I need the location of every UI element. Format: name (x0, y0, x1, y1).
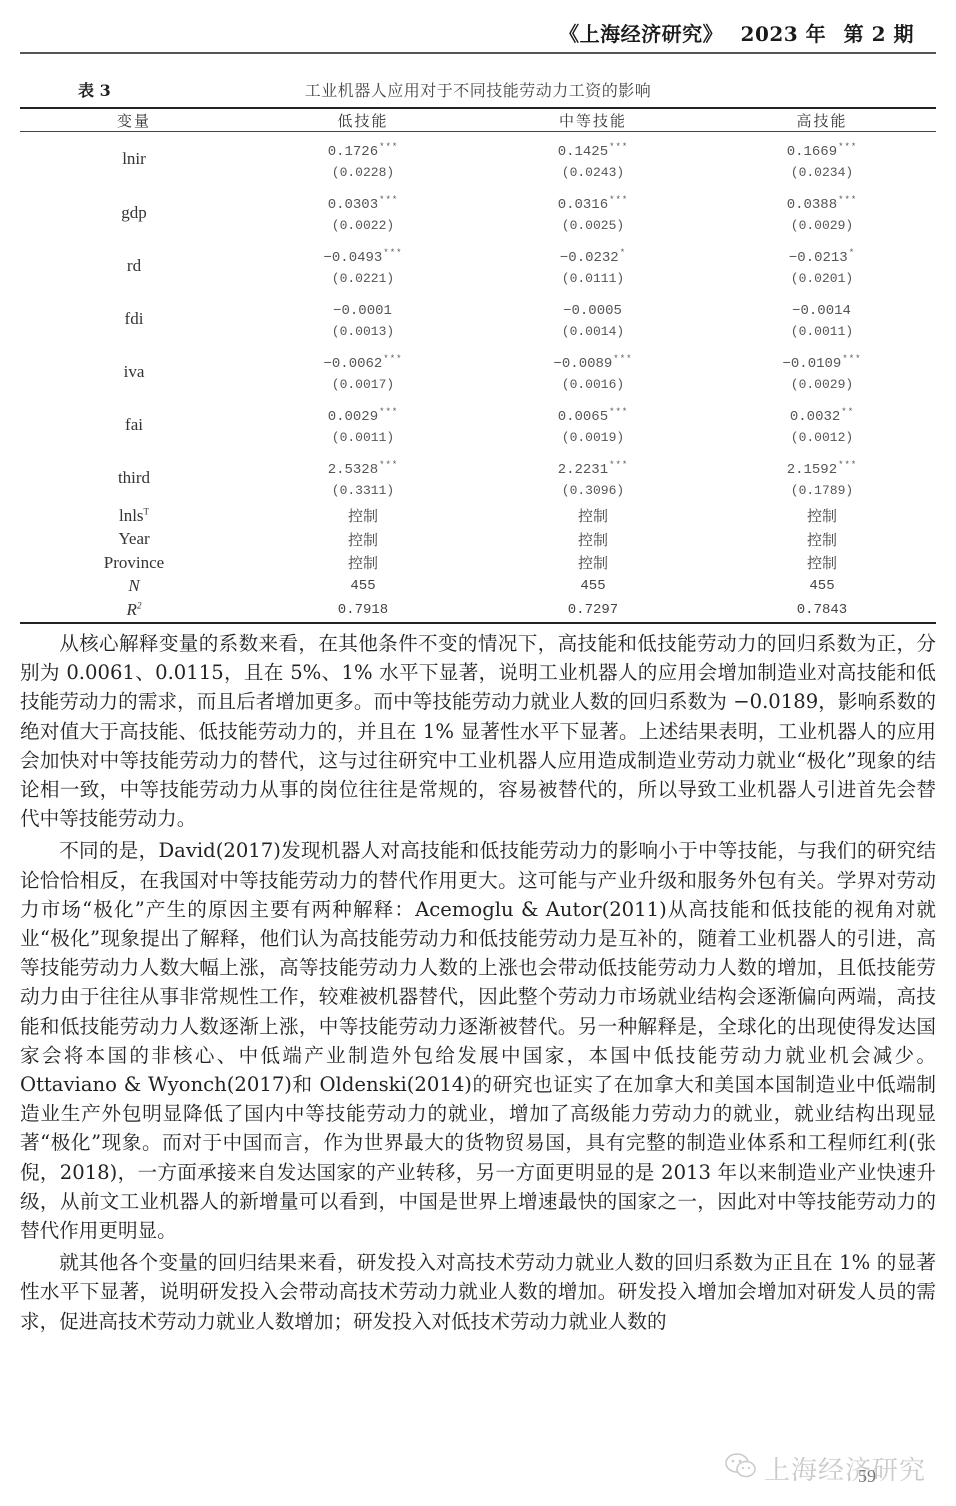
cell-low: −0.0001(0.0013) (248, 292, 478, 345)
significance-stars: *** (609, 142, 628, 152)
journal-name: 《上海经济研究》 (559, 22, 723, 46)
significance-stars: ** (841, 407, 854, 417)
coefficient: 2.1592 (787, 462, 837, 478)
coefficient: 0.1425 (558, 144, 608, 160)
coefficient: −0.0014 (792, 303, 851, 319)
cell-mid: −0.0232*(0.0111) (478, 239, 708, 292)
standard-error: (0.0111) (478, 269, 708, 289)
table-caption: 表 3 工业机器人应用对于不同技能劳动力工资的影响 (20, 78, 936, 100)
significance-stars: *** (379, 142, 398, 152)
stat-cell: 455 (248, 575, 478, 599)
cell-high: −0.0109***(0.0029) (708, 345, 936, 398)
wechat-icon (724, 1451, 758, 1485)
coefficient: −0.0493 (323, 250, 382, 266)
variable-name: fdi (125, 309, 144, 328)
standard-error: (0.0201) (708, 269, 936, 289)
table-row-third: third 2.5328***(0.3311) 2.2231***(0.3096… (20, 451, 936, 504)
cell-low: −0.0062***(0.0017) (248, 345, 478, 398)
standard-error: (0.0017) (248, 375, 478, 395)
coefficient: 0.0303 (328, 197, 378, 213)
watermark-text: 上海经济研究 (764, 1450, 926, 1487)
table-row-lnir: lnir 0.1726***(0.0228) 0.1425***(0.0243)… (20, 132, 936, 187)
significance-stars: *** (842, 354, 861, 364)
cell-high: 0.0032**(0.0012) (708, 398, 936, 451)
cell-low: 2.5328***(0.3311) (248, 451, 478, 504)
table-row-fai: fai 0.0029***(0.0011) 0.0065***(0.0019) … (20, 398, 936, 451)
significance-stars: *** (383, 248, 402, 258)
standard-error: (0.3311) (248, 481, 478, 501)
variable-name: Province (104, 553, 164, 572)
standard-error: (0.0228) (248, 163, 478, 183)
cell-mid: −0.0089***(0.0016) (478, 345, 708, 398)
standard-error: (0.0243) (478, 163, 708, 183)
control-cell: 控制 (478, 551, 708, 575)
standard-error: (0.0013) (248, 322, 478, 342)
variable-name: Year (118, 529, 149, 548)
table-row-r2: R2 0.7918 0.7297 0.7843 (20, 598, 936, 623)
cell-mid: 0.0316***(0.0025) (478, 186, 708, 239)
variable-name: N (128, 576, 139, 595)
cell-high: 2.1592***(0.1789) (708, 451, 936, 504)
cell-low: 0.0303***(0.0022) (248, 186, 478, 239)
running-header: 《上海经济研究》 2023 年 第 2 期 (559, 18, 914, 47)
cell-mid: 2.2231***(0.3096) (478, 451, 708, 504)
significance-stars: *** (838, 195, 857, 205)
paragraph: 从核心解释变量的系数来看，在其他条件不变的情况下，高技能和低技能劳动力的回归系数… (20, 629, 936, 833)
stat-cell: 455 (708, 575, 936, 599)
table-row-gdp: gdp 0.0303***(0.0022) 0.0316***(0.0025) … (20, 186, 936, 239)
standard-error: (0.0025) (478, 216, 708, 236)
standard-error: (0.0014) (478, 322, 708, 342)
paragraph: 不同的是，David(2017)发现机器人对高技能和低技能劳动力的影响小于中等技… (20, 836, 936, 1245)
significance-stars: *** (838, 142, 857, 152)
table-row-province: Province 控制 控制 控制 (20, 551, 936, 575)
variable-name: R2 (127, 600, 142, 619)
cell-low: 0.1726***(0.0228) (248, 132, 478, 187)
significance-stars: *** (379, 407, 398, 417)
significance-stars: *** (609, 195, 628, 205)
variable-name: iva (124, 362, 145, 381)
standard-error: (0.0022) (248, 216, 478, 236)
table-title: 工业机器人应用对于不同技能劳动力工资的影响 (20, 78, 936, 101)
coefficient: −0.0232 (560, 250, 619, 266)
stat-cell: 455 (478, 575, 708, 599)
control-cell: 控制 (248, 528, 478, 552)
body-text: 从核心解释变量的系数来看，在其他条件不变的情况下，高技能和低技能劳动力的回归系数… (20, 629, 936, 1339)
variable-name: lnlsT (119, 506, 149, 525)
coefficient: 2.5328 (328, 462, 378, 478)
table-row-iva: iva −0.0062***(0.0017) −0.0089***(0.0016… (20, 345, 936, 398)
cell-high: −0.0014(0.0011) (708, 292, 936, 345)
standard-error: (0.0016) (478, 375, 708, 395)
significance-stars: * (620, 248, 626, 258)
coefficient: 0.0065 (558, 409, 608, 425)
table-row-fdi: fdi −0.0001(0.0013) −0.0005(0.0014) −0.0… (20, 292, 936, 345)
table-row-n: N 455 455 455 (20, 575, 936, 599)
significance-stars: *** (838, 460, 857, 470)
coefficient: −0.0089 (553, 356, 612, 372)
coefficient: 0.0316 (558, 197, 608, 213)
standard-error: (0.0221) (248, 269, 478, 289)
standard-error: (0.0029) (708, 375, 936, 395)
significance-stars: *** (609, 460, 628, 470)
cell-low: 0.0029***(0.0011) (248, 398, 478, 451)
standard-error: (0.0012) (708, 428, 936, 448)
journal-issue: 第 2 期 (844, 22, 914, 46)
table-row-rd: rd −0.0493***(0.0221) −0.0232*(0.0111) −… (20, 239, 936, 292)
cell-mid: −0.0005(0.0014) (478, 292, 708, 345)
cell-mid: 0.1425***(0.0243) (478, 132, 708, 187)
cell-high: −0.0213*(0.0201) (708, 239, 936, 292)
header-rule (20, 52, 936, 54)
table-header-row: 变量 低技能 中等技能 高技能 (20, 108, 936, 132)
journal-year: 2023 年 (741, 22, 827, 46)
coefficient: −0.0001 (333, 303, 392, 319)
column-header-variable: 变量 (20, 108, 248, 132)
cell-low: −0.0493***(0.0221) (248, 239, 478, 292)
variable-name: rd (127, 256, 141, 275)
standard-error: (0.0029) (708, 216, 936, 236)
standard-error: (0.0019) (478, 428, 708, 448)
significance-stars: *** (609, 407, 628, 417)
table-row-lnls: lnlsT 控制 控制 控制 (20, 504, 936, 528)
standard-error: (0.0234) (708, 163, 936, 183)
page-number: 59 (858, 1466, 876, 1487)
coefficient: 0.1669 (787, 144, 837, 160)
control-cell: 控制 (478, 504, 708, 528)
control-cell: 控制 (248, 504, 478, 528)
watermark: 上海经济研究 (724, 1448, 926, 1488)
significance-stars: *** (383, 354, 402, 364)
stat-cell: 0.7843 (708, 598, 936, 623)
coefficient: 0.1726 (328, 144, 378, 160)
cell-mid: 0.0065***(0.0019) (478, 398, 708, 451)
standard-error: (0.0011) (708, 322, 936, 342)
significance-stars: *** (613, 354, 632, 364)
column-header-mid-skill: 中等技能 (478, 108, 708, 132)
significance-stars: *** (379, 460, 398, 470)
control-cell: 控制 (708, 551, 936, 575)
significance-stars: *** (379, 195, 398, 205)
stat-cell: 0.7918 (248, 598, 478, 623)
control-cell: 控制 (708, 528, 936, 552)
coefficient: 2.2231 (558, 462, 608, 478)
control-cell: 控制 (708, 504, 936, 528)
cell-high: 0.1669***(0.0234) (708, 132, 936, 187)
variable-name: third (118, 468, 150, 487)
column-header-high-skill: 高技能 (708, 108, 936, 132)
variable-name: lnir (122, 149, 146, 168)
paragraph: 就其他各个变量的回归结果来看，研发投入对高技术劳动力就业人数的回归系数为正且在 … (20, 1248, 936, 1336)
control-cell: 控制 (248, 551, 478, 575)
column-header-low-skill: 低技能 (248, 108, 478, 132)
coefficient: −0.0062 (323, 356, 382, 372)
standard-error: (0.3096) (478, 481, 708, 501)
table-row-year: Year 控制 控制 控制 (20, 528, 936, 552)
stat-cell: 0.7297 (478, 598, 708, 623)
significance-stars: * (849, 248, 855, 258)
coefficient: 0.0388 (787, 197, 837, 213)
cell-high: 0.0388***(0.0029) (708, 186, 936, 239)
coefficient: −0.0213 (789, 250, 848, 266)
coefficient: −0.0005 (563, 303, 622, 319)
standard-error: (0.1789) (708, 481, 936, 501)
regression-table: 变量 低技能 中等技能 高技能 lnir 0.1726***(0.0228) 0… (20, 107, 936, 624)
coefficient: 0.0029 (328, 409, 378, 425)
variable-name: gdp (121, 203, 147, 222)
coefficient: 0.0032 (790, 409, 840, 425)
control-cell: 控制 (478, 528, 708, 552)
coefficient: −0.0109 (782, 356, 841, 372)
standard-error: (0.0011) (248, 428, 478, 448)
variable-name: fai (125, 415, 143, 434)
